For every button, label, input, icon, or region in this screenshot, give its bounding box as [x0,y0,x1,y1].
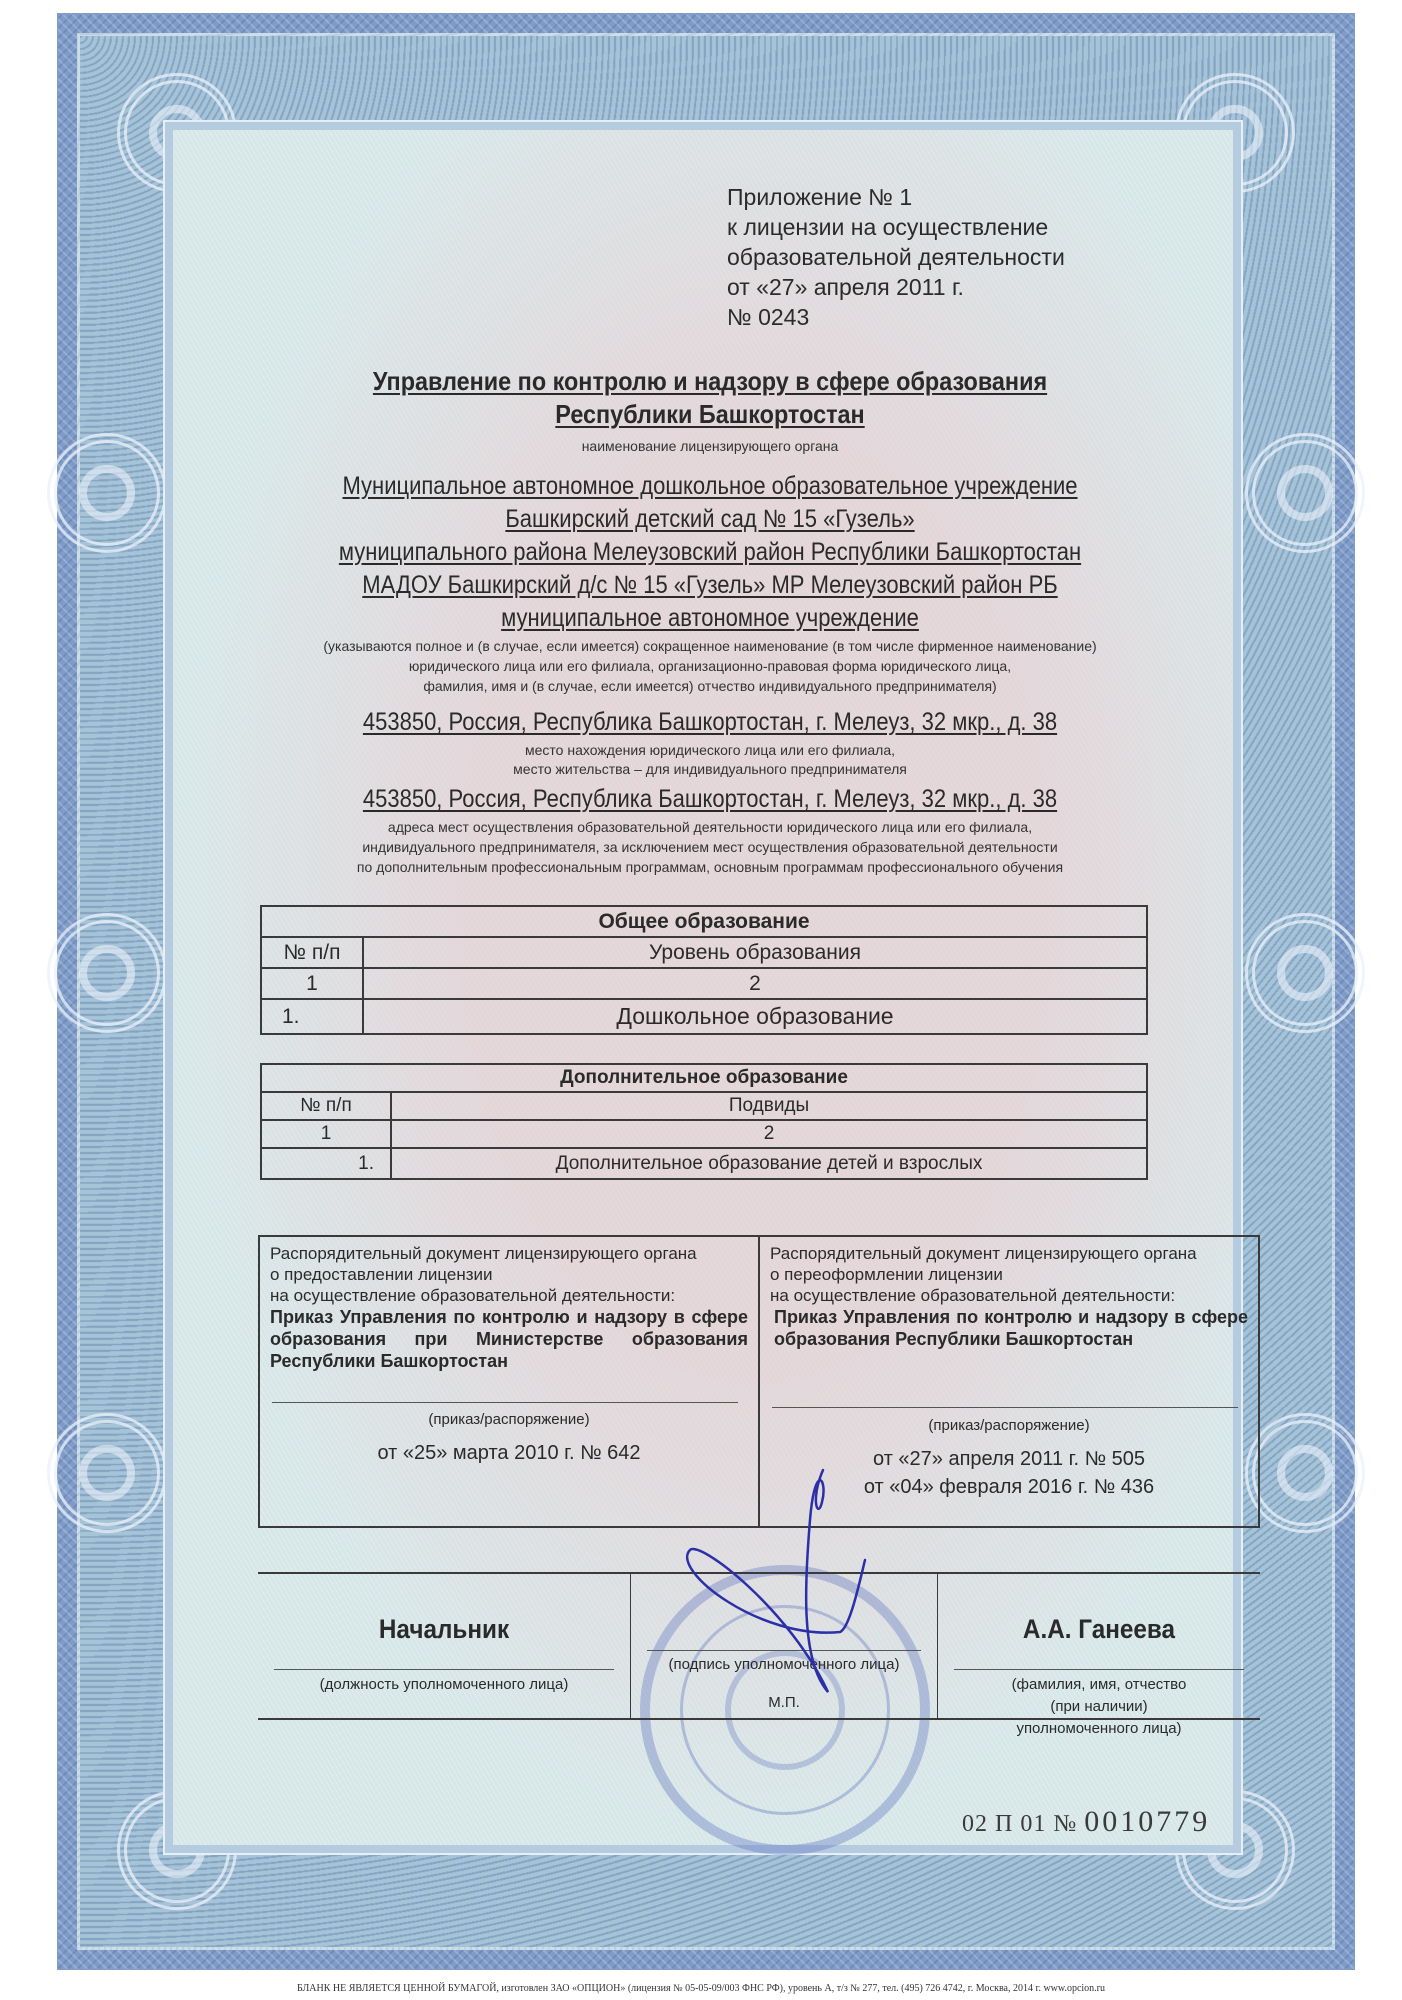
appendix-line: образовательной деятельности [727,242,1065,272]
caption-line: адреса мест осуществления образовательно… [240,817,1180,837]
order-kind: (приказ/распоряжение) [760,1415,1258,1436]
activity-address: 453850, Россия, Республика Башкортостан,… [363,785,1057,813]
education-subtype: Дополнительное образование детей и взрос… [391,1148,1147,1179]
name-caption: (фамилия, имя, отчество (при наличии) уп… [938,1674,1260,1740]
caption-line: (при наличии) [938,1696,1260,1718]
order-intro: Распорядительный документ лицензирующего… [770,1243,1248,1264]
caption-line: (должность уполномоченного лица) [258,1674,630,1696]
appendix-line: № 0243 [727,302,1065,332]
caption-line: (фамилия, имя, отчество [938,1674,1260,1696]
table-title: Общее образование [261,906,1147,937]
location-address: 453850, Россия, Республика Башкортостан,… [363,708,1057,736]
licensee-caption: (указываются полное и (в случае, если им… [260,636,1160,696]
licensee-line: муниципальное автономное учреждение [501,604,919,632]
appendix-line: Приложение № 1 [727,182,1065,212]
side-ornament-icon [47,1413,167,1533]
order-body: Приказ Управления по контролю и надзору … [770,1306,1248,1350]
order-intro: Распорядительный документ лицензирующего… [270,1243,748,1264]
appendix-line: от «27» апреля 2011 г. [727,272,1065,302]
table-index-cell: 1 [261,1120,391,1148]
licensee-block: Муниципальное автономное дошкольное обра… [332,470,1089,635]
licensor-block: Управление по контролю и надзору в сфере… [341,365,1079,431]
divider [772,1407,1238,1408]
table-row: 1. Дошкольное образование [261,999,1147,1034]
position-caption: (должность уполномоченного лица) [258,1674,630,1696]
table-index-cell: 2 [391,1120,1147,1148]
printer-footer: БЛАНК НЕ ЯВЛЯЕТСЯ ЦЕННОЙ БУМАГОЙ, изгото… [0,1983,1402,1994]
order-intro: о переоформлении лицензии [770,1264,1248,1285]
row-number: 1. [261,1148,391,1179]
caption-line: индивидуального предпринимателя, за искл… [240,837,1180,857]
activity-address-block: 453850, Россия, Республика Башкортостан,… [314,783,1106,815]
caption-line: (указываются полное и (в случае, если им… [260,636,1160,656]
official-name: А.А. Ганеева [954,1614,1244,1645]
side-ornament-icon [1245,913,1365,1033]
order-body: Приказ Управления по контролю и надзору … [270,1306,748,1372]
licensee-line: муниципального района Мелеузовский район… [339,538,1081,566]
additional-education-table: Дополнительное образование № п/п Подвиды… [260,1063,1148,1180]
serial-prefix: 02 П 01 № [962,1811,1077,1837]
row-number: 1. [261,999,363,1034]
licensee-line: МАДОУ Башкирский д/с № 15 «Гузель» МР Ме… [362,571,1057,599]
table-index-cell: 1 [261,968,363,999]
licensee-line: Муниципальное автономное дошкольное обра… [342,472,1077,500]
location-address-block: 453850, Россия, Республика Башкортостан,… [314,706,1106,738]
general-education-table: Общее образование № п/п Уровень образова… [260,905,1148,1035]
order-intro: на осуществление образовательной деятель… [270,1285,748,1306]
order-kind: (приказ/распоряжение) [260,1409,758,1430]
table-header: Уровень образования [363,937,1147,968]
form-serial-number: 02 П 01 № 0010779 [962,1805,1210,1839]
side-ornament-icon [47,433,167,553]
appendix-header: Приложение № 1 к лицензии на осуществлен… [727,182,1065,332]
side-ornament-icon [1245,433,1365,553]
official-position: Начальник [277,1614,612,1645]
table-header: № п/п [261,937,363,968]
order-intro: на осуществление образовательной деятель… [770,1285,1248,1306]
location-caption: место нахождения юридического лица или е… [260,741,1160,779]
activity-address-caption: адреса мест осуществления образовательно… [240,817,1180,877]
side-ornament-icon [1245,1413,1365,1533]
divider [274,1669,614,1670]
caption-line: фамилия, имя и (в случае, если имеется) … [260,676,1160,696]
licensor-caption: наименование лицензирующего органа [300,437,1120,455]
name-cell: А.А. Ганеева (фамилия, имя, отчество (пр… [937,1574,1260,1718]
table-header: Подвиды [391,1092,1147,1120]
caption-line: по дополнительным профессиональным прогр… [240,857,1180,877]
licensor-name: Республики Башкортостан [555,399,864,429]
appendix-line: к лицензии на осуществление [727,212,1065,242]
table-index-cell: 2 [363,968,1147,999]
order-intro: о предоставлении лицензии [270,1264,748,1285]
table-row: 1. Дополнительное образование детей и вз… [261,1148,1147,1179]
divider [272,1402,738,1403]
caption-line: место нахождения юридического лица или е… [260,741,1160,760]
licensor-name: Управление по контролю и надзору в сфере… [373,366,1047,396]
position-cell: Начальник (должность уполномоченного лиц… [258,1574,630,1718]
caption-line: юридического лица или его филиала, орган… [260,656,1160,676]
serial-number: 0010779 [1084,1805,1210,1838]
handwritten-signature-icon [640,1460,940,1720]
side-ornament-icon [47,913,167,1033]
table-title: Дополнительное образование [261,1064,1147,1092]
divider [954,1669,1244,1670]
table-header: № п/п [261,1092,391,1120]
education-level: Дошкольное образование [363,999,1147,1034]
licensee-line: Башкирский детский сад № 15 «Гузель» [505,505,914,533]
caption-line: уполномоченного лица) [938,1718,1260,1740]
caption-line: место жительства – для индивидуального п… [260,760,1160,779]
